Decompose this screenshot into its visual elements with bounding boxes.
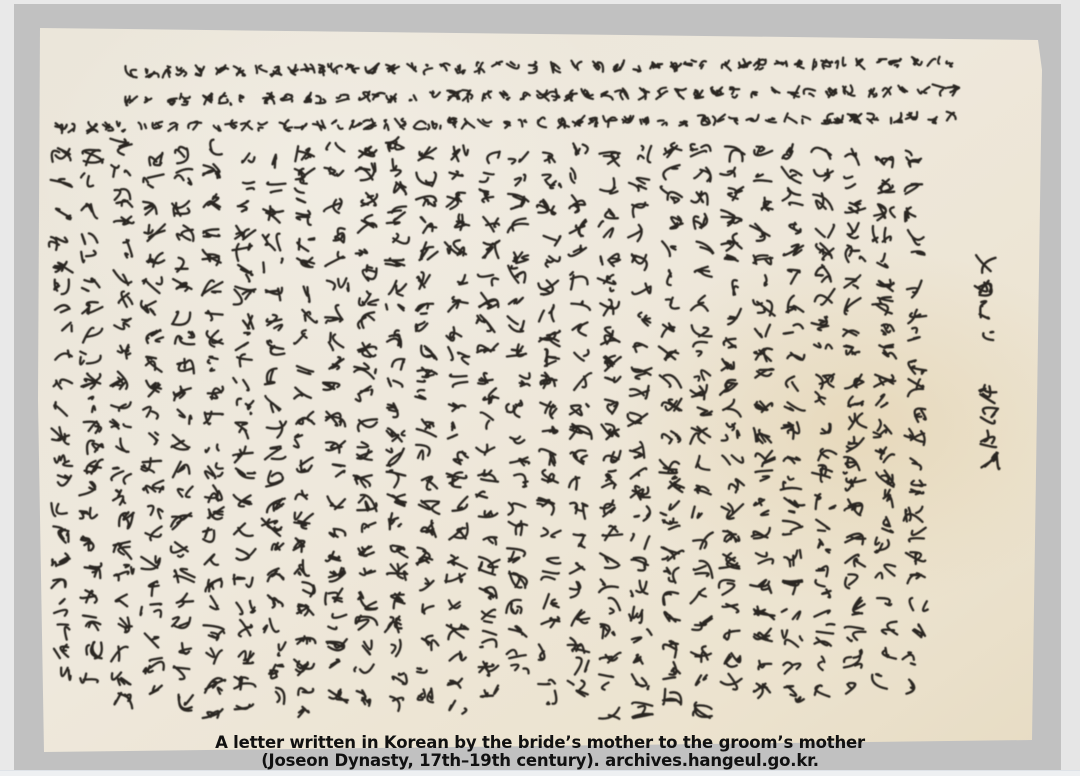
caption-line-1: A letter written in Korean by the bride’… <box>0 734 1080 752</box>
image-caption: A letter written in Korean by the bride’… <box>0 734 1080 770</box>
letter-photograph <box>0 0 1080 776</box>
caption-line-2: (Joseon Dynasty, 17th–19th century). arc… <box>0 752 1080 770</box>
frame-bottom-edge <box>0 770 1080 776</box>
